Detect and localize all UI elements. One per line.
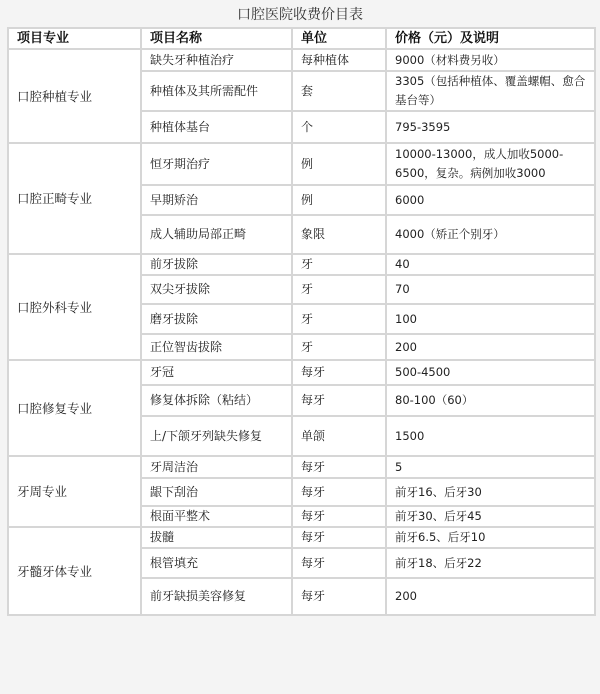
- unit-cell: 每牙: [292, 527, 386, 548]
- price-cell: 5: [386, 456, 595, 478]
- price-cell: 9000（材料费另收）: [386, 49, 595, 71]
- unit-cell: 每种植体: [292, 49, 386, 71]
- item-name-cell: 拔髓: [141, 527, 292, 548]
- table-header-row: 项目专业 项目名称 单位 价格（元）及说明: [8, 28, 595, 49]
- unit-cell: 例: [292, 143, 386, 185]
- table-row: 口腔修复专业牙冠每牙500-4500: [8, 360, 595, 385]
- unit-cell: 每牙: [292, 578, 386, 615]
- item-name-cell: 龈下刮治: [141, 478, 292, 506]
- item-name-cell: 种植体基台: [141, 111, 292, 143]
- department-cell: 口腔修复专业: [8, 360, 141, 456]
- department-cell: 牙髓牙体专业: [8, 527, 141, 615]
- department-cell: 口腔正畸专业: [8, 143, 141, 254]
- unit-cell: 个: [292, 111, 386, 143]
- price-cell: 3305（包括种植体、覆盖螺帽、愈合基台等）: [386, 71, 595, 111]
- header-department: 项目专业: [8, 28, 141, 49]
- item-name-cell: 恒牙期治疗: [141, 143, 292, 185]
- item-name-cell: 成人辅助局部正畸: [141, 215, 292, 254]
- table-row: 口腔正畸专业恒牙期治疗例10000-13000，成人加收5000-6500，复杂…: [8, 143, 595, 185]
- department-cell: 口腔外科专业: [8, 254, 141, 360]
- price-cell: 100: [386, 304, 595, 334]
- page-title: 口腔医院收费价目表: [0, 0, 600, 27]
- item-name-cell: 根面平整术: [141, 506, 292, 527]
- price-cell: 40: [386, 254, 595, 275]
- header-unit: 单位: [292, 28, 386, 49]
- item-name-cell: 正位智齿拔除: [141, 334, 292, 360]
- unit-cell: 套: [292, 71, 386, 111]
- header-price: 价格（元）及说明: [386, 28, 595, 49]
- unit-cell: 例: [292, 185, 386, 215]
- price-cell: 200: [386, 578, 595, 615]
- table-row: 牙髓牙体专业拔髓每牙前牙6.5、后牙10: [8, 527, 595, 548]
- item-name-cell: 根管填充: [141, 548, 292, 578]
- department-cell: 牙周专业: [8, 456, 141, 527]
- price-cell: 70: [386, 275, 595, 304]
- unit-cell: 牙: [292, 304, 386, 334]
- item-name-cell: 缺失牙种植治疗: [141, 49, 292, 71]
- price-cell: 前牙16、后牙30: [386, 478, 595, 506]
- price-cell: 6000: [386, 185, 595, 215]
- table-row: 口腔种植专业缺失牙种植治疗每种植体9000（材料费另收）: [8, 49, 595, 71]
- item-name-cell: 前牙缺损美容修复: [141, 578, 292, 615]
- price-cell: 前牙30、后牙45: [386, 506, 595, 527]
- table-body: 口腔种植专业缺失牙种植治疗每种植体9000（材料费另收）种植体及其所需配件套33…: [8, 49, 595, 615]
- price-cell: 4000（矫正个别牙）: [386, 215, 595, 254]
- price-cell: 795-3595: [386, 111, 595, 143]
- price-cell: 200: [386, 334, 595, 360]
- item-name-cell: 上/下颌牙列缺失修复: [141, 416, 292, 456]
- item-name-cell: 牙周洁治: [141, 456, 292, 478]
- item-name-cell: 磨牙拔除: [141, 304, 292, 334]
- unit-cell: 牙: [292, 275, 386, 304]
- price-cell: 前牙6.5、后牙10: [386, 527, 595, 548]
- table-row: 口腔外科专业前牙拔除牙40: [8, 254, 595, 275]
- price-cell: 10000-13000，成人加收5000-6500，复杂。病例加收3000: [386, 143, 595, 185]
- unit-cell: 象限: [292, 215, 386, 254]
- unit-cell: 牙: [292, 334, 386, 360]
- unit-cell: 每牙: [292, 360, 386, 385]
- price-cell: 前牙18、后牙22: [386, 548, 595, 578]
- unit-cell: 每牙: [292, 506, 386, 527]
- item-name-cell: 双尖牙拔除: [141, 275, 292, 304]
- item-name-cell: 早期矫治: [141, 185, 292, 215]
- item-name-cell: 前牙拔除: [141, 254, 292, 275]
- unit-cell: 牙: [292, 254, 386, 275]
- unit-cell: 每牙: [292, 548, 386, 578]
- price-table: 项目专业 项目名称 单位 价格（元）及说明 口腔种植专业缺失牙种植治疗每种植体9…: [7, 27, 596, 616]
- item-name-cell: 种植体及其所需配件: [141, 71, 292, 111]
- item-name-cell: 牙冠: [141, 360, 292, 385]
- table-row: 牙周专业牙周洁治每牙5: [8, 456, 595, 478]
- unit-cell: 每牙: [292, 456, 386, 478]
- department-cell: 口腔种植专业: [8, 49, 141, 143]
- item-name-cell: 修复体拆除（粘结）: [141, 385, 292, 416]
- unit-cell: 每牙: [292, 385, 386, 416]
- unit-cell: 单颌: [292, 416, 386, 456]
- price-cell: 500-4500: [386, 360, 595, 385]
- header-item-name: 项目名称: [141, 28, 292, 49]
- unit-cell: 每牙: [292, 478, 386, 506]
- price-cell: 80-100（60）: [386, 385, 595, 416]
- price-cell: 1500: [386, 416, 595, 456]
